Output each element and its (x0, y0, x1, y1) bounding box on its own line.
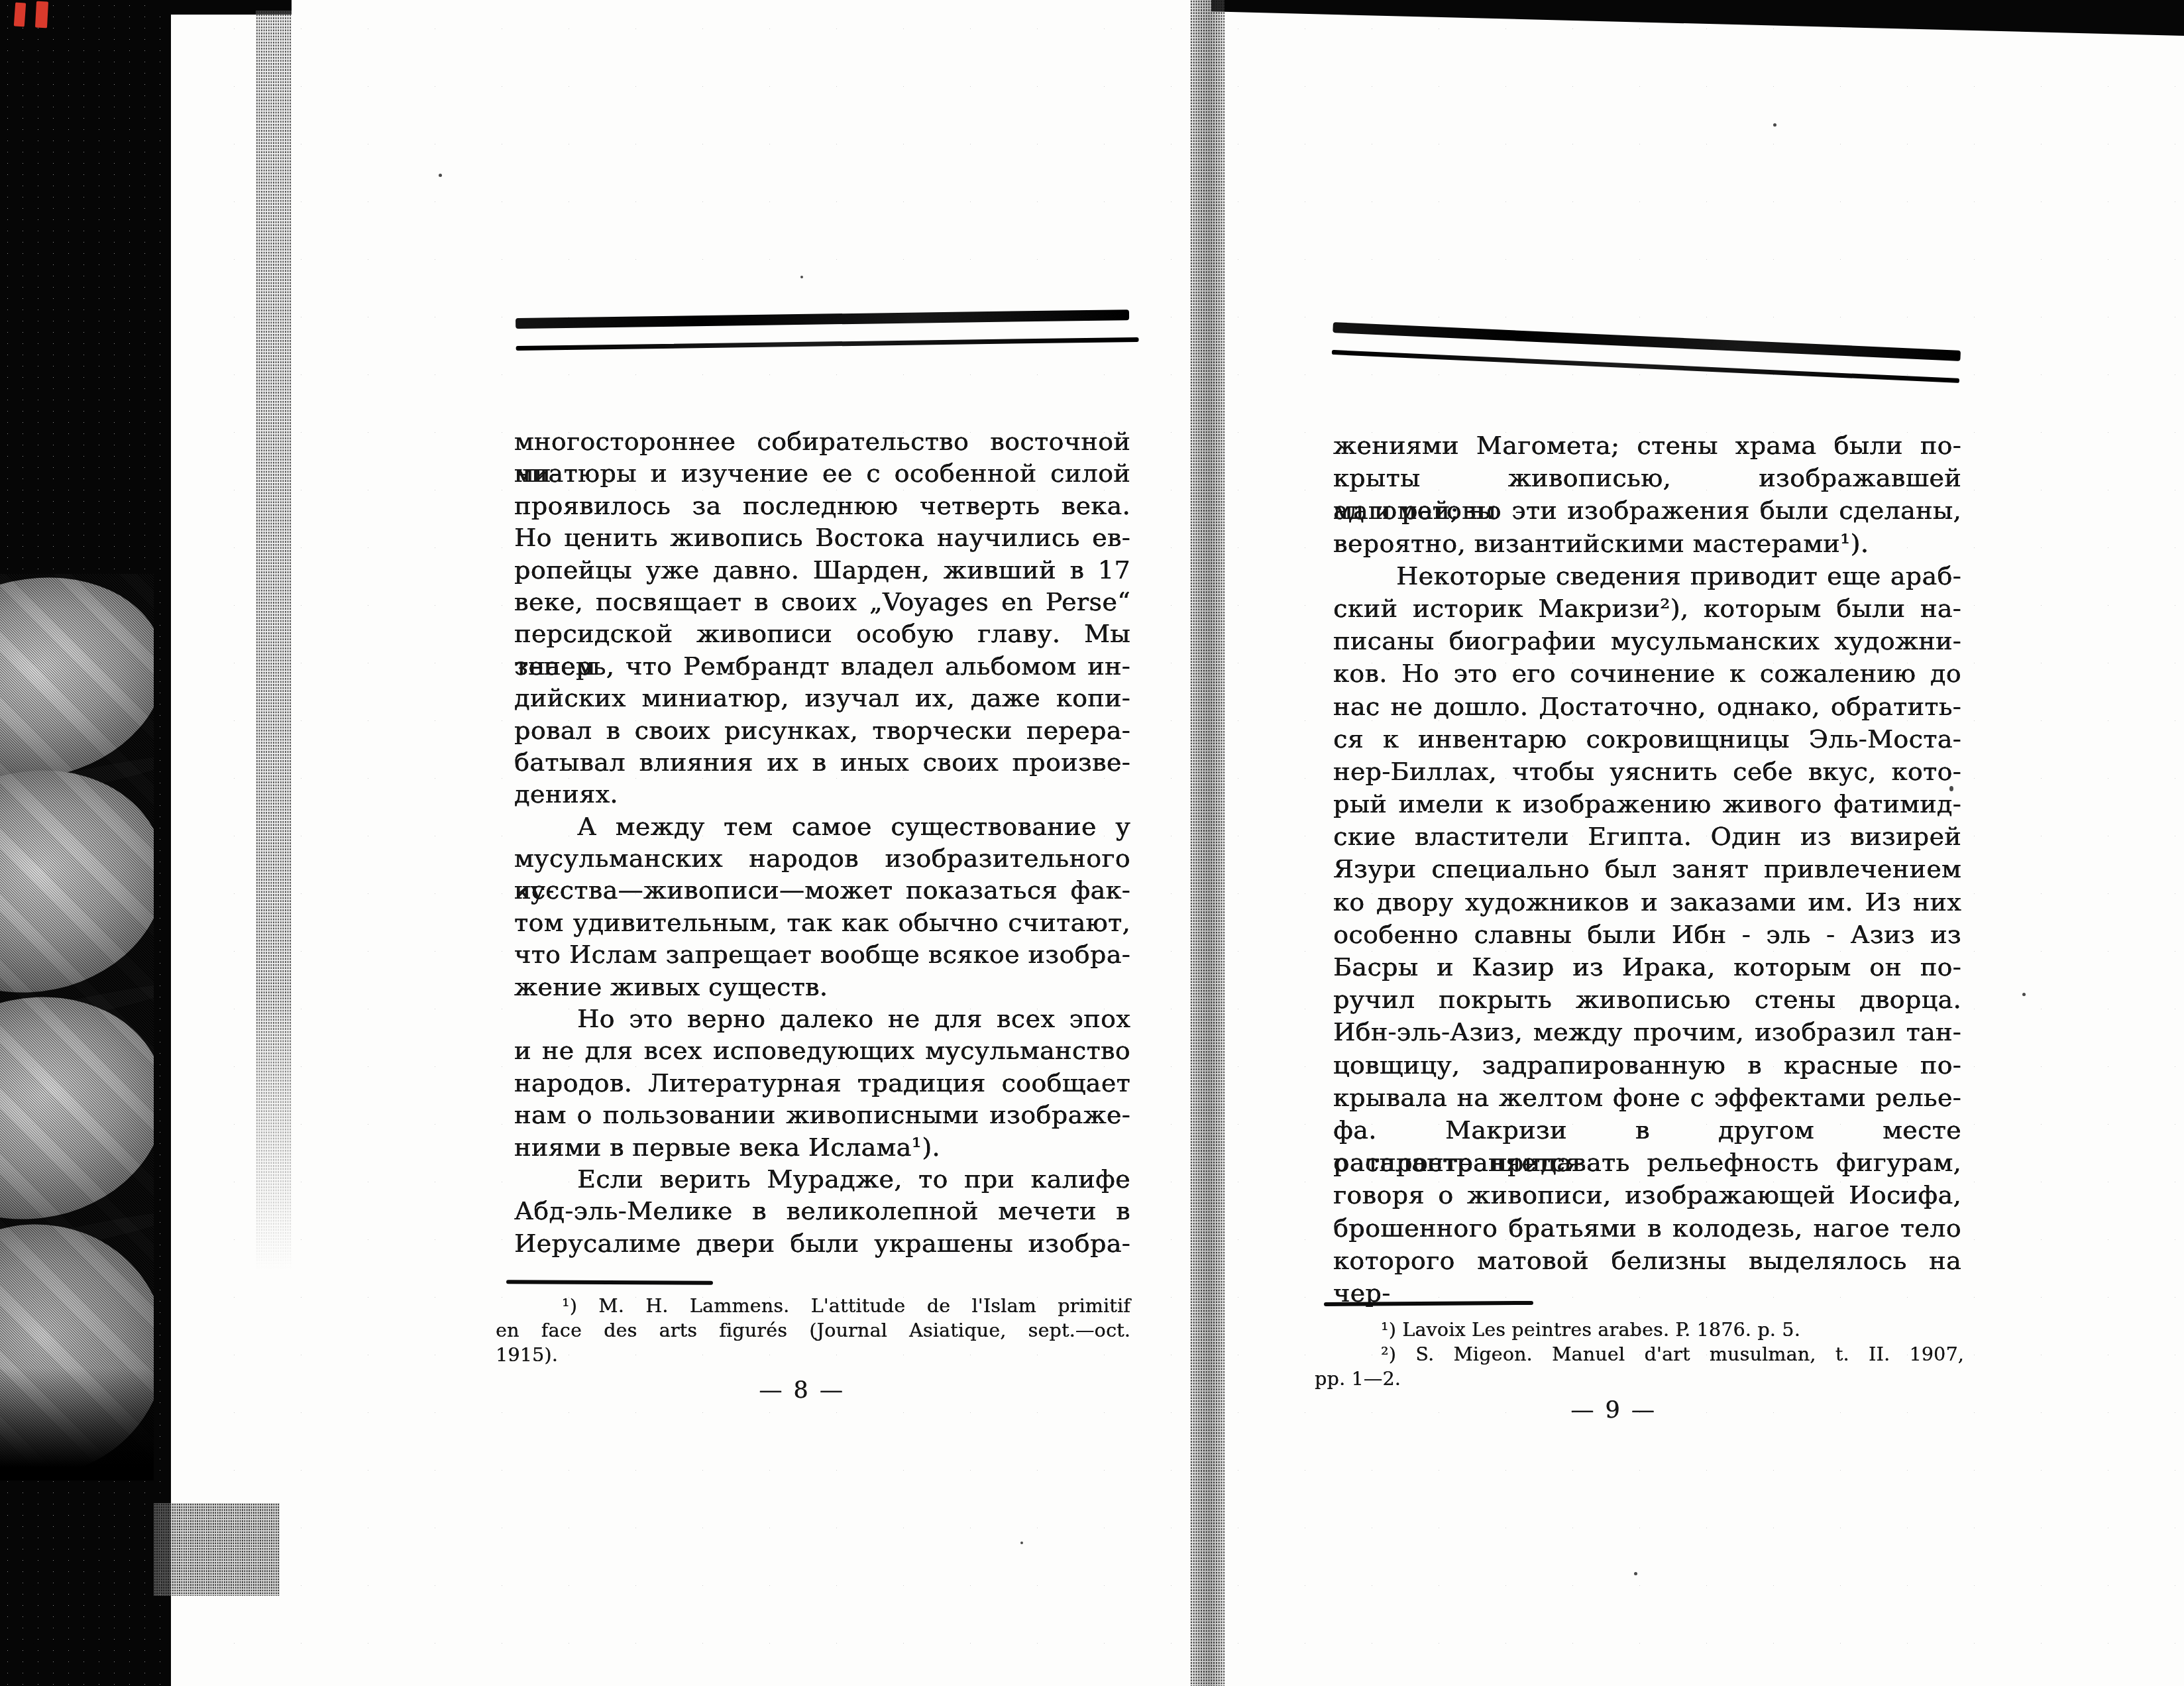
ink-speck (1634, 1572, 1637, 1575)
scanner-background-top-right (1211, 0, 2184, 36)
header-rule-thick (516, 309, 1129, 329)
text-line: фа. Макризи в другом месте распространяе… (1333, 1114, 1961, 1147)
header-rule-thin (516, 337, 1139, 351)
text-line: ниями в первые века Ислама¹). (514, 1131, 1130, 1163)
text-line: ¹) Lavoix Les peintres arabes. P. 1876. … (1315, 1318, 1964, 1342)
text-line: ропейцы уже давно. Шарден, живший в 17 (514, 554, 1130, 586)
text-line: Ибн-эль-Азиз, между прочим, изобразил та… (1333, 1016, 1961, 1048)
book-scan: многостороннее собирательство восточной … (0, 0, 2184, 1686)
text-line: ниатюры и изучение ее с особенной силой (514, 457, 1130, 489)
text-line: ровал в своих рисунках, творчески перера… (514, 714, 1130, 746)
red-artifact-stroke (35, 1, 48, 28)
page-fore-edge-shadow (256, 11, 292, 1270)
text-line: крывала на желтом фоне с эффектами релье… (1333, 1082, 1961, 1114)
text-line: ся к инвентарю сокровищницы Эль-Моста- (1333, 723, 1961, 756)
text-line: теперь, что Рембрандт владел альбомом ин… (514, 650, 1130, 682)
page-9-number: — 9 — (1299, 1397, 1928, 1424)
red-artifact-stroke (14, 2, 26, 27)
text-line: писаны биографии мусульманских художни- (1333, 625, 1961, 657)
text-line: Если верить Мурадже, то при калифе (514, 1163, 1130, 1195)
text-line: особенно славны были Ибн - эль - Азиз из (1333, 919, 1961, 951)
ink-speck (1949, 786, 1953, 791)
text-line: ¹) M. H. Lammens. L'attitude de l'Islam … (496, 1294, 1130, 1318)
ink-speck (2022, 993, 2026, 996)
text-line: ский историк Макризи²), которым были на- (1333, 592, 1961, 625)
page-bottom-edge-texture (154, 1503, 280, 1596)
halftone-dither-overlay (0, 574, 154, 1481)
text-line: Но ценить живопись Востока научились ев- (514, 522, 1130, 553)
text-line: pp. 1—2. (1315, 1367, 1964, 1391)
text-line: Абд-эль-Мелике в великолепной мечети в (514, 1195, 1130, 1227)
text-line: нер-Биллах, чтобы уяснить себе вкус, кот… (1333, 756, 1961, 788)
text-line: веке, посвящает в своих „Voyages en Pers… (514, 586, 1130, 618)
ink-speck (800, 276, 803, 278)
page-9-body-text: жениями Магомета; стены храма были по-кр… (1333, 429, 1961, 1277)
text-line: и не для всех исповедующих мусульманство (514, 1035, 1130, 1066)
text-line: 1915). (496, 1343, 1130, 1367)
text-line: вероятно, византийскими мастерами¹). (1333, 528, 1961, 560)
text-line: персидской живописи особую главу. Мы зна… (514, 618, 1130, 649)
text-line: ²) S. Migeon. Manuel d'art musulman, t. … (1315, 1342, 1964, 1367)
hand (0, 574, 154, 1481)
text-line: рый имели к изображению живого фатимид- (1333, 788, 1961, 820)
text-line: говоря о живописи, изображающей Иосифа, (1333, 1179, 1961, 1211)
text-line: Язури специально был занят привлечением (1333, 853, 1961, 885)
text-line: народов. Литературная традиция сообщает (514, 1067, 1130, 1099)
ink-speck (1020, 1542, 1023, 1544)
text-line: жениями Магомета; стены храма были по- (1333, 429, 1961, 462)
text-line: дийских миниатюр, изучал их, даже копи- (514, 682, 1130, 714)
text-line: что Ислам запрещает вообще всякое изобра… (514, 938, 1130, 970)
text-line: цовщицу, задрапированную в красные по- (1333, 1049, 1961, 1082)
text-line: ад и рай; но эти изображения были сделан… (1333, 494, 1961, 527)
page-8-number: — 8 — (490, 1377, 1113, 1404)
page-8-body-text: многостороннее собирательство восточной … (514, 425, 1130, 1259)
text-line: нас не дошло. Достаточно, однако, обрати… (1333, 691, 1961, 723)
text-line: крыты живописью, изображавшей магометовы (1333, 462, 1961, 494)
text-line: Иерусалиме двери были украшены изобра- (514, 1227, 1130, 1259)
ink-speck (439, 174, 442, 177)
red-artifact-marks (15, 1, 61, 32)
text-line: ков. Но это его сочинение к сожалению до (1333, 657, 1961, 690)
text-line: проявилось за последнюю четверть века. (514, 490, 1130, 522)
page-9-header-rules (1332, 322, 1961, 383)
text-line: о таланте придавать рельефность фигурам, (1333, 1147, 1961, 1179)
text-line: батывал влияния их в иных своих произве- (514, 746, 1130, 778)
page-9-footnotes: ¹) Lavoix Les peintres arabes. P. 1876. … (1315, 1318, 1964, 1391)
text-line: Но это верно далеко не для всех эпох (514, 1003, 1130, 1035)
text-line: жение живых существ. (514, 971, 1130, 1003)
text-line: en face des arts figurés (Journal Asiati… (496, 1318, 1130, 1343)
text-line: Некоторые сведения приводит еще араб- (1333, 560, 1961, 592)
text-line: ко двору художников и заказами им. Из ни… (1333, 886, 1961, 919)
text-line: кусства—живописи—может показаться фак- (514, 874, 1130, 906)
text-line: ручил покрыть живописью стены дворца. (1333, 983, 1961, 1016)
text-line: брошенного братьями в колодезь, нагое те… (1333, 1212, 1961, 1245)
text-line: Басры и Казир из Ирака, которым он по- (1333, 951, 1961, 983)
page-8-header-rules (516, 309, 1130, 351)
page-9-footnote-separator (1324, 1301, 1533, 1306)
text-line: многостороннее собирательство восточной … (514, 425, 1130, 457)
hand-shadow-fade (0, 1368, 154, 1481)
text-line: которого матовой белизны выделялось на ч… (1333, 1245, 1961, 1277)
page-8-footnote-separator (506, 1280, 713, 1285)
text-line: дениях. (514, 778, 1130, 810)
text-line: А между тем самое существование у (514, 811, 1130, 842)
page-8-footnotes: ¹) M. H. Lammens. L'attitude de l'Islam … (496, 1294, 1130, 1367)
ink-speck (1773, 123, 1776, 127)
page-gutter-shadow (1190, 0, 1225, 1686)
text-line: ские властители Египта. Один из визирей (1333, 820, 1961, 853)
text-line: мусульманских народов изобразительного и… (514, 842, 1130, 874)
text-line: нам о пользовании живописными изображе- (514, 1099, 1130, 1131)
text-line: том удивительным, так как обычно считают… (514, 907, 1130, 938)
